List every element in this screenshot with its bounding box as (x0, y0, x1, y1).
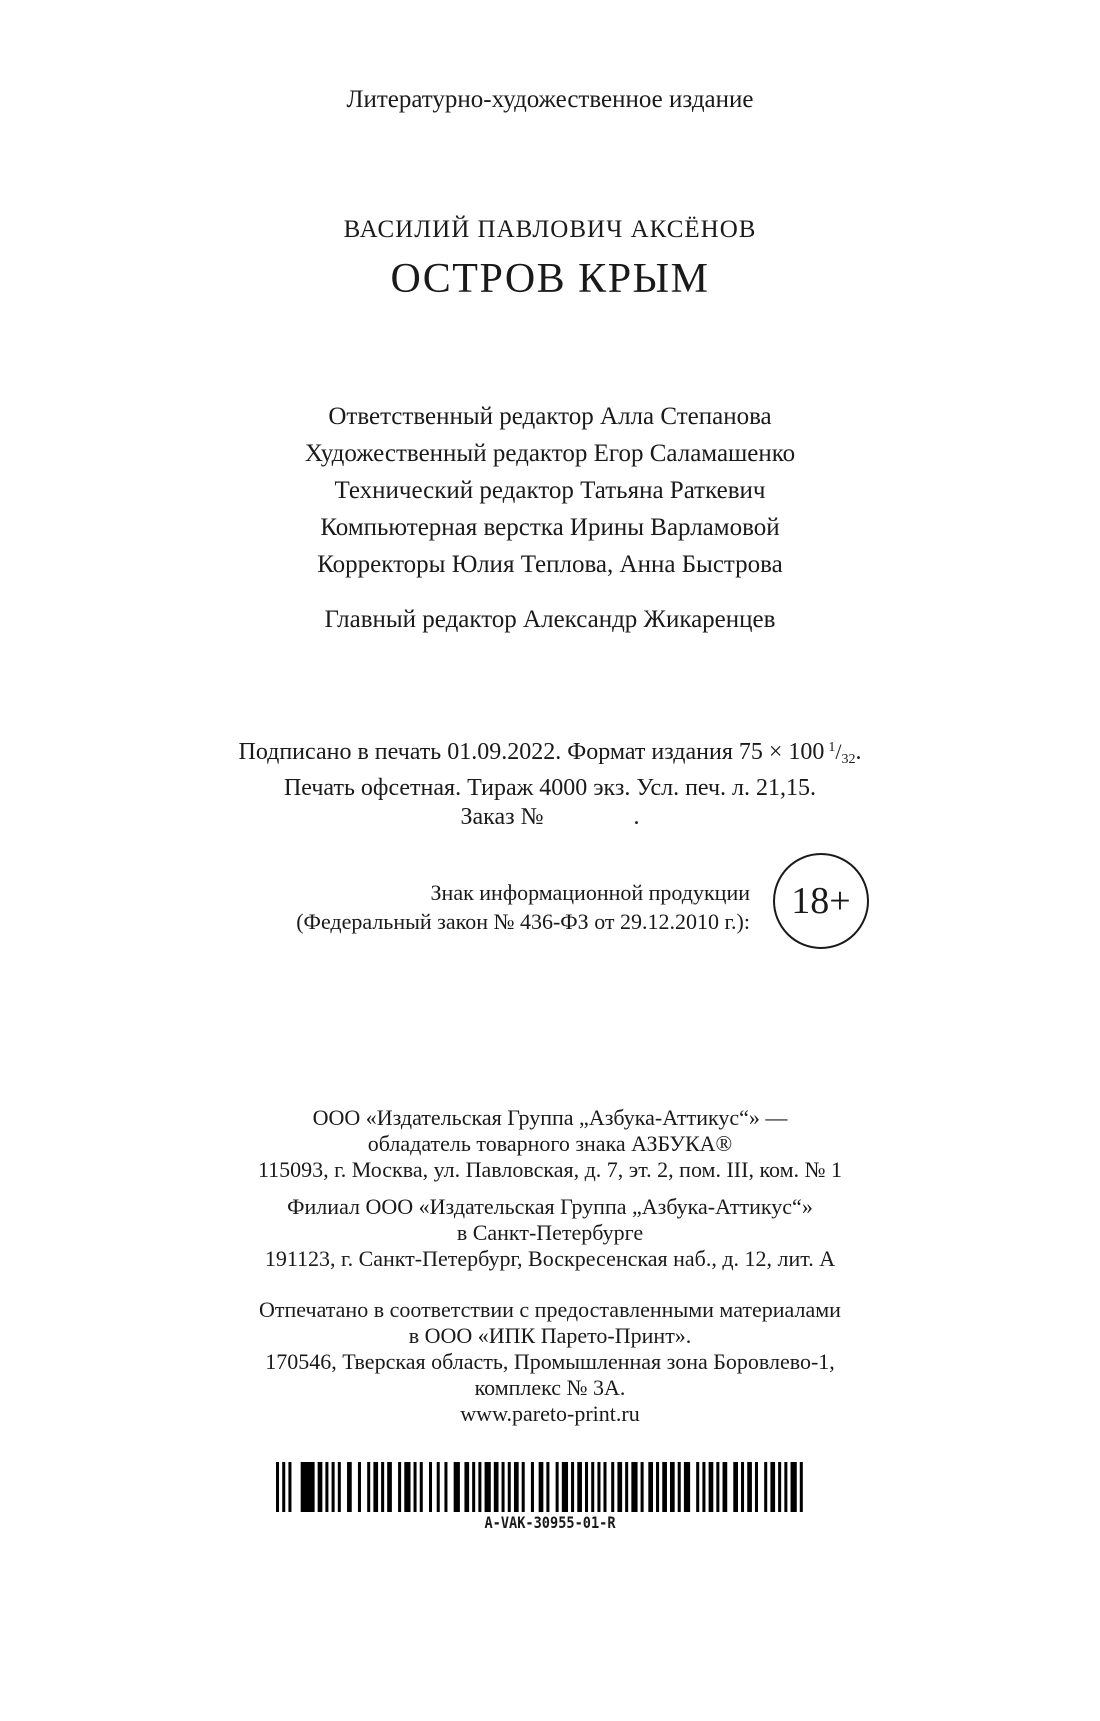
printer-statement: Отпечатано в соответствии с предоставлен… (0, 1297, 1100, 1323)
publisher-address: 115093, г. Москва, ул. Павловская, д. 7,… (0, 1157, 1100, 1183)
credit-proofreaders: Корректоры Юлия Теплова, Анна Быстрова (0, 546, 1100, 583)
printer-address: 170546, Тверская область, Промышленная з… (0, 1349, 1100, 1375)
barcode-icon (276, 1462, 806, 1512)
printer-name: в ООО «ИПК Парето-Принт». (0, 1323, 1100, 1349)
age-rating-line-1: Знак информационной продукции (0, 878, 750, 907)
order-number-line: Заказ №. (0, 803, 1100, 832)
age-rating-badge: 18+ (773, 853, 869, 949)
chief-editor: Главный редактор Александр Жикаренцев (0, 604, 1100, 636)
publisher-block: ООО «Издательская Группа „Азбука-Аттикус… (0, 1105, 1100, 1183)
age-rating-badge-text: 18+ (791, 882, 850, 920)
format-fraction-denominator: 32 (842, 752, 856, 767)
credit-art-editor: Художественный редактор Егор Саламашенко (0, 435, 1100, 472)
branch-address: 191123, г. Санкт-Петербург, Воскресенска… (0, 1246, 1100, 1272)
book-title: ОСТРОВ КРЫМ (0, 254, 1100, 304)
barcode (276, 1462, 806, 1512)
print-info: Подписано в печать 01.09.2022. Формат из… (0, 733, 1100, 832)
branch-city: в Санкт-Петербурге (0, 1220, 1100, 1246)
edition-type: Литературно-художественное издание (0, 84, 1100, 116)
credit-layout: Компьютерная верстка Ирины Варламовой (0, 509, 1100, 546)
order-suffix: . (634, 804, 640, 830)
publisher-name: ООО «Издательская Группа „Азбука-Аттикус… (0, 1105, 1100, 1131)
publisher-trademark: обладатель товарного знака АЗБУКА® (0, 1131, 1100, 1157)
print-info-line-1: Подписано в печать 01.09.2022. Формат из… (0, 733, 1100, 774)
imprint-page: Литературно-художественное издание ВАСИЛ… (0, 0, 1100, 1721)
branch-name: Филиал ООО «Издательская Группа „Азбука-… (0, 1194, 1100, 1220)
credit-technical-editor: Технический редактор Татьяна Раткевич (0, 472, 1100, 509)
order-label: Заказ № (460, 804, 543, 830)
print-info-line-2: Печать офсетная. Тираж 4000 экз. Усл. пе… (0, 774, 1100, 803)
printer-block: Отпечатано в соответствии с предоставлен… (0, 1297, 1100, 1427)
barcode-text: A-VAK-30955-01-R (83, 1513, 1018, 1532)
print-signed-format: Подписано в печать 01.09.2022. Формат из… (238, 739, 824, 765)
branch-block: Филиал ООО «Издательская Группа „Азбука-… (0, 1194, 1100, 1272)
age-rating-notice: Знак информационной продукции (Федеральн… (0, 878, 750, 936)
author-name: ВАСИЛИЙ ПАВЛОВИЧ АКСЁНОВ (0, 214, 1100, 246)
printer-website: www.pareto-print.ru (0, 1401, 1100, 1427)
credits-list: Ответственный редактор Алла Степанова Ху… (0, 398, 1100, 583)
printer-complex: комплекс № 3А. (0, 1375, 1100, 1401)
age-rating-line-2: (Федеральный закон № 436-ФЗ от 29.12.201… (0, 907, 750, 936)
print-line1-suffix: . (856, 739, 862, 765)
credit-responsible-editor: Ответственный редактор Алла Степанова (0, 398, 1100, 435)
